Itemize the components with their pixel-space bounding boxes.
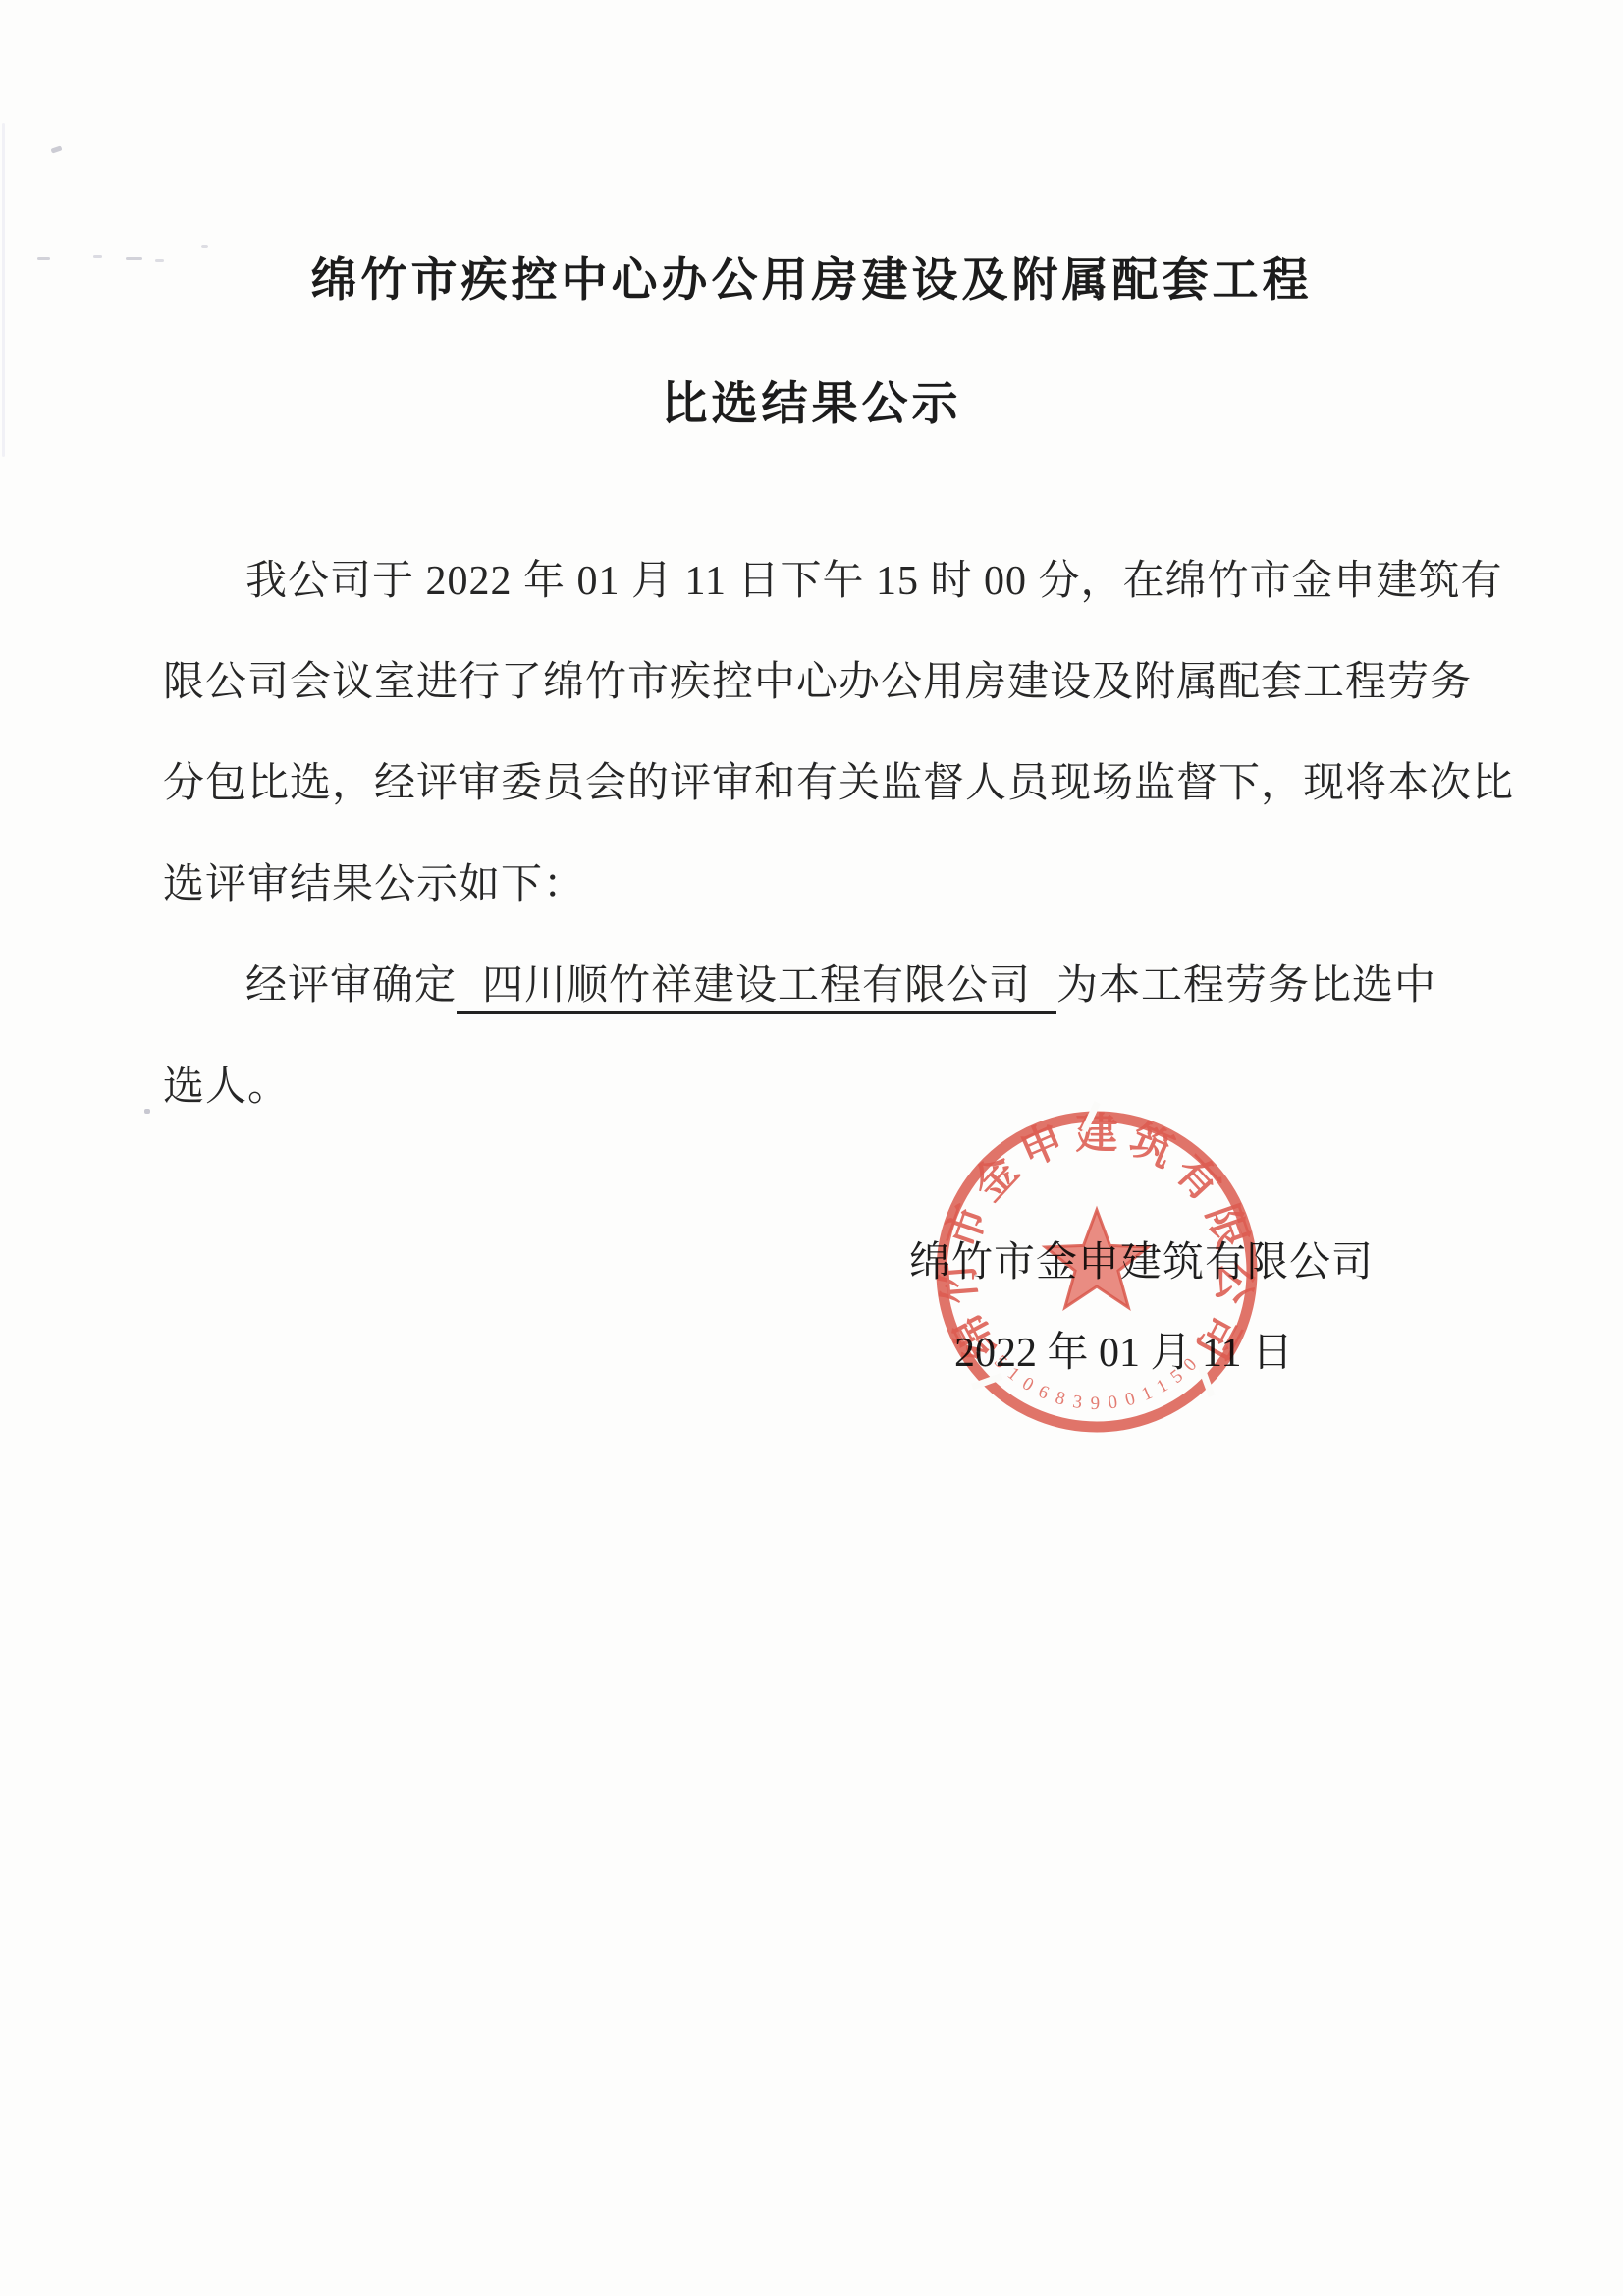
award-suffix: 为本工程劳务比选中: [1056, 963, 1436, 1009]
award-prefix: 经评审确定: [245, 963, 457, 1009]
award-line: 经评审确定四川顺竹祥建设工程有限公司为本工程劳务比选中: [163, 956, 1498, 1016]
document-title-line2: 比选结果公示: [0, 367, 1623, 433]
scan-speck: [144, 1109, 150, 1114]
scan-speck: [50, 145, 62, 153]
document-page: 绵竹市疾控中心办公用房建设及附属配套工程 比选结果公示 我公司于 2022 年 …: [0, 0, 1623, 2296]
body-line-4: 选评审结果公示如下：: [163, 854, 1498, 915]
body-line-1: 我公司于 2022 年 01 月 11 日下午 15 时 00 分，在绵竹市金申…: [163, 551, 1498, 612]
body-line-6: 选人。: [163, 1057, 1498, 1118]
award-winner-underlined: 四川顺竹祥建设工程有限公司: [457, 963, 1056, 1014]
body-line-2: 限公司会议室进行了绵竹市疾控中心办公用房建设及附属配套工程劳务: [163, 652, 1498, 713]
body-line-3: 分包比选，经评审委员会的评审和有关监督人员现场监督下，现将本次比: [163, 753, 1498, 814]
company-seal: 绵竹市金申建筑有限公司 5106839001150: [916, 1091, 1277, 1452]
document-title-line1: 绵竹市疾控中心办公用房建设及附属配套工程: [0, 244, 1623, 309]
seal-star: [1046, 1210, 1149, 1308]
